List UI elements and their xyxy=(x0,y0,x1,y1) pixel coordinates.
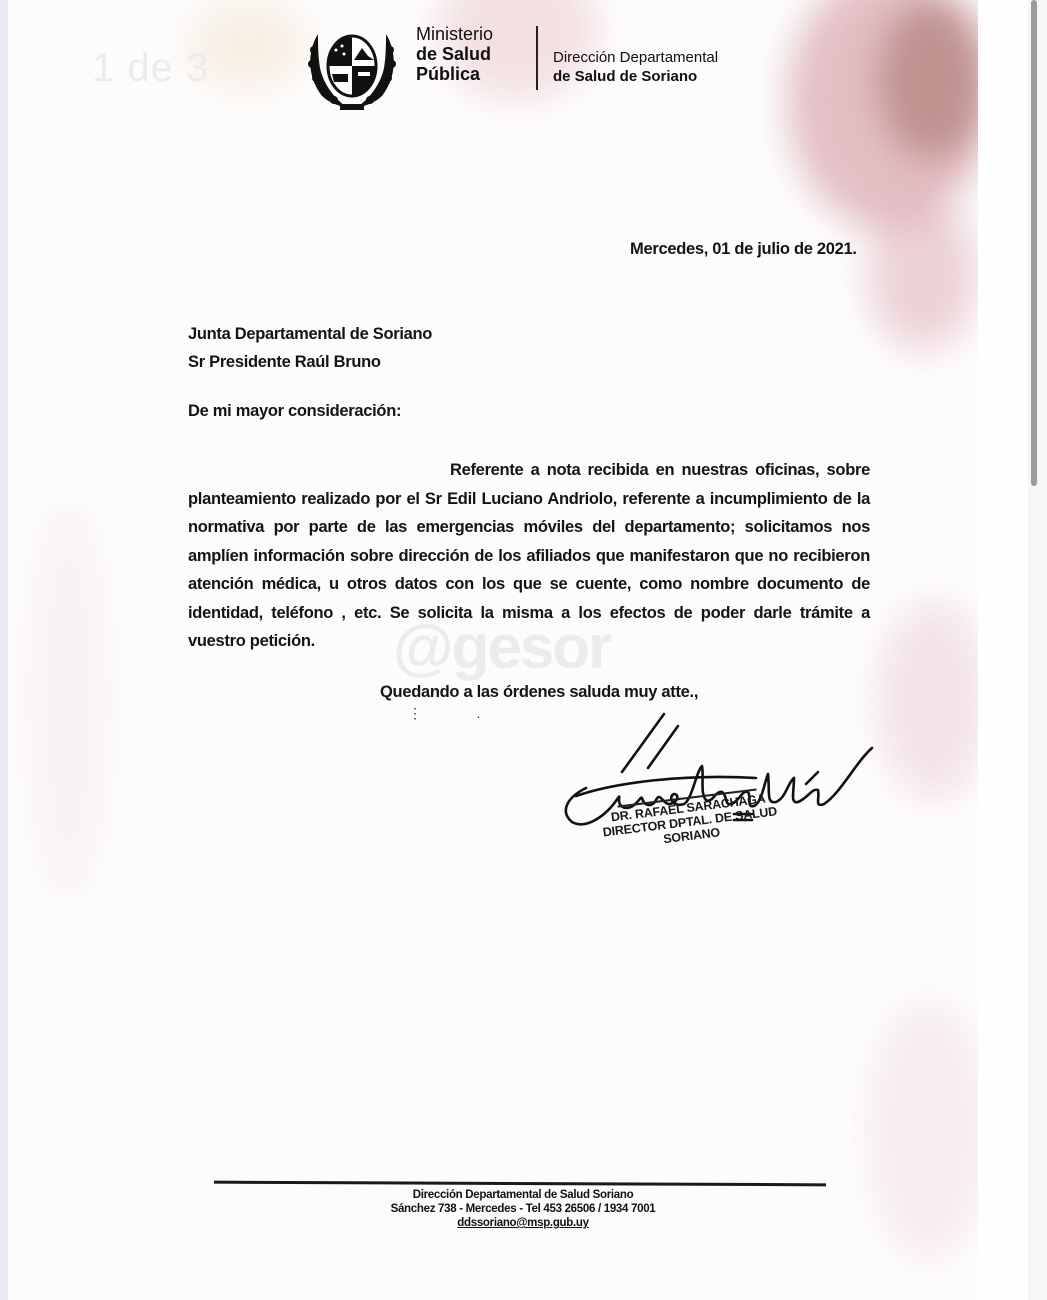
paper-stain xyxy=(878,600,988,800)
recipient-block: Junta Departamental de Soriano Sr Presid… xyxy=(188,320,432,376)
direccion-line: Dirección Departamental xyxy=(553,48,718,67)
direccion-name: Dirección Departamental de Salud de Sori… xyxy=(553,48,718,86)
letter-date: Mercedes, 01 de julio de 2021. xyxy=(630,240,857,259)
page-margin xyxy=(978,0,1028,1300)
salutation: De mi mayor consideración: xyxy=(188,402,401,421)
header-divider xyxy=(536,26,538,90)
closing-line: Quedando a las órdenes saluda muy atte., xyxy=(380,683,698,702)
ink-marks: ⋮ . xyxy=(408,705,480,722)
page-counter: 1 de 3 xyxy=(92,46,209,91)
paper-stain xyxy=(868,200,978,350)
ministry-line: Pública xyxy=(416,64,493,84)
letter-body: Referente a nota recibida en nuestras of… xyxy=(188,456,870,656)
recipient-line: Junta Departamental de Soriano xyxy=(188,320,432,348)
ministry-name: Ministerio de Salud Pública xyxy=(416,24,493,84)
paper-stain xyxy=(788,0,988,230)
recipient-line: Sr Presidente Raúl Bruno xyxy=(188,348,432,376)
footer-email-link[interactable]: ddssoriano@msp.gub.uy xyxy=(208,1216,838,1230)
scrollbar-thumb[interactable] xyxy=(1031,0,1037,486)
footer: Dirección Departamental de Salud Soriano… xyxy=(208,1188,838,1230)
viewer-left-border xyxy=(0,0,8,1300)
direccion-line: de Salud de Soriano xyxy=(553,67,718,86)
paper-stain xyxy=(868,1000,988,1260)
ministry-line: Ministerio xyxy=(416,24,493,44)
footer-rule xyxy=(214,1181,826,1187)
document-page: 1 de 3 Ministerio de Salud Pública Direc… xyxy=(8,0,1028,1300)
footer-line: Sánchez 738 - Mercedes - Tel 453 26506 /… xyxy=(208,1202,838,1216)
paper-stain xyxy=(878,0,988,160)
footer-line: Dirección Departamental de Salud Soriano xyxy=(208,1188,838,1202)
paper-stain xyxy=(28,500,108,900)
ministry-line: de Salud xyxy=(416,44,493,64)
uruguay-coat-of-arms-icon xyxy=(304,20,400,112)
